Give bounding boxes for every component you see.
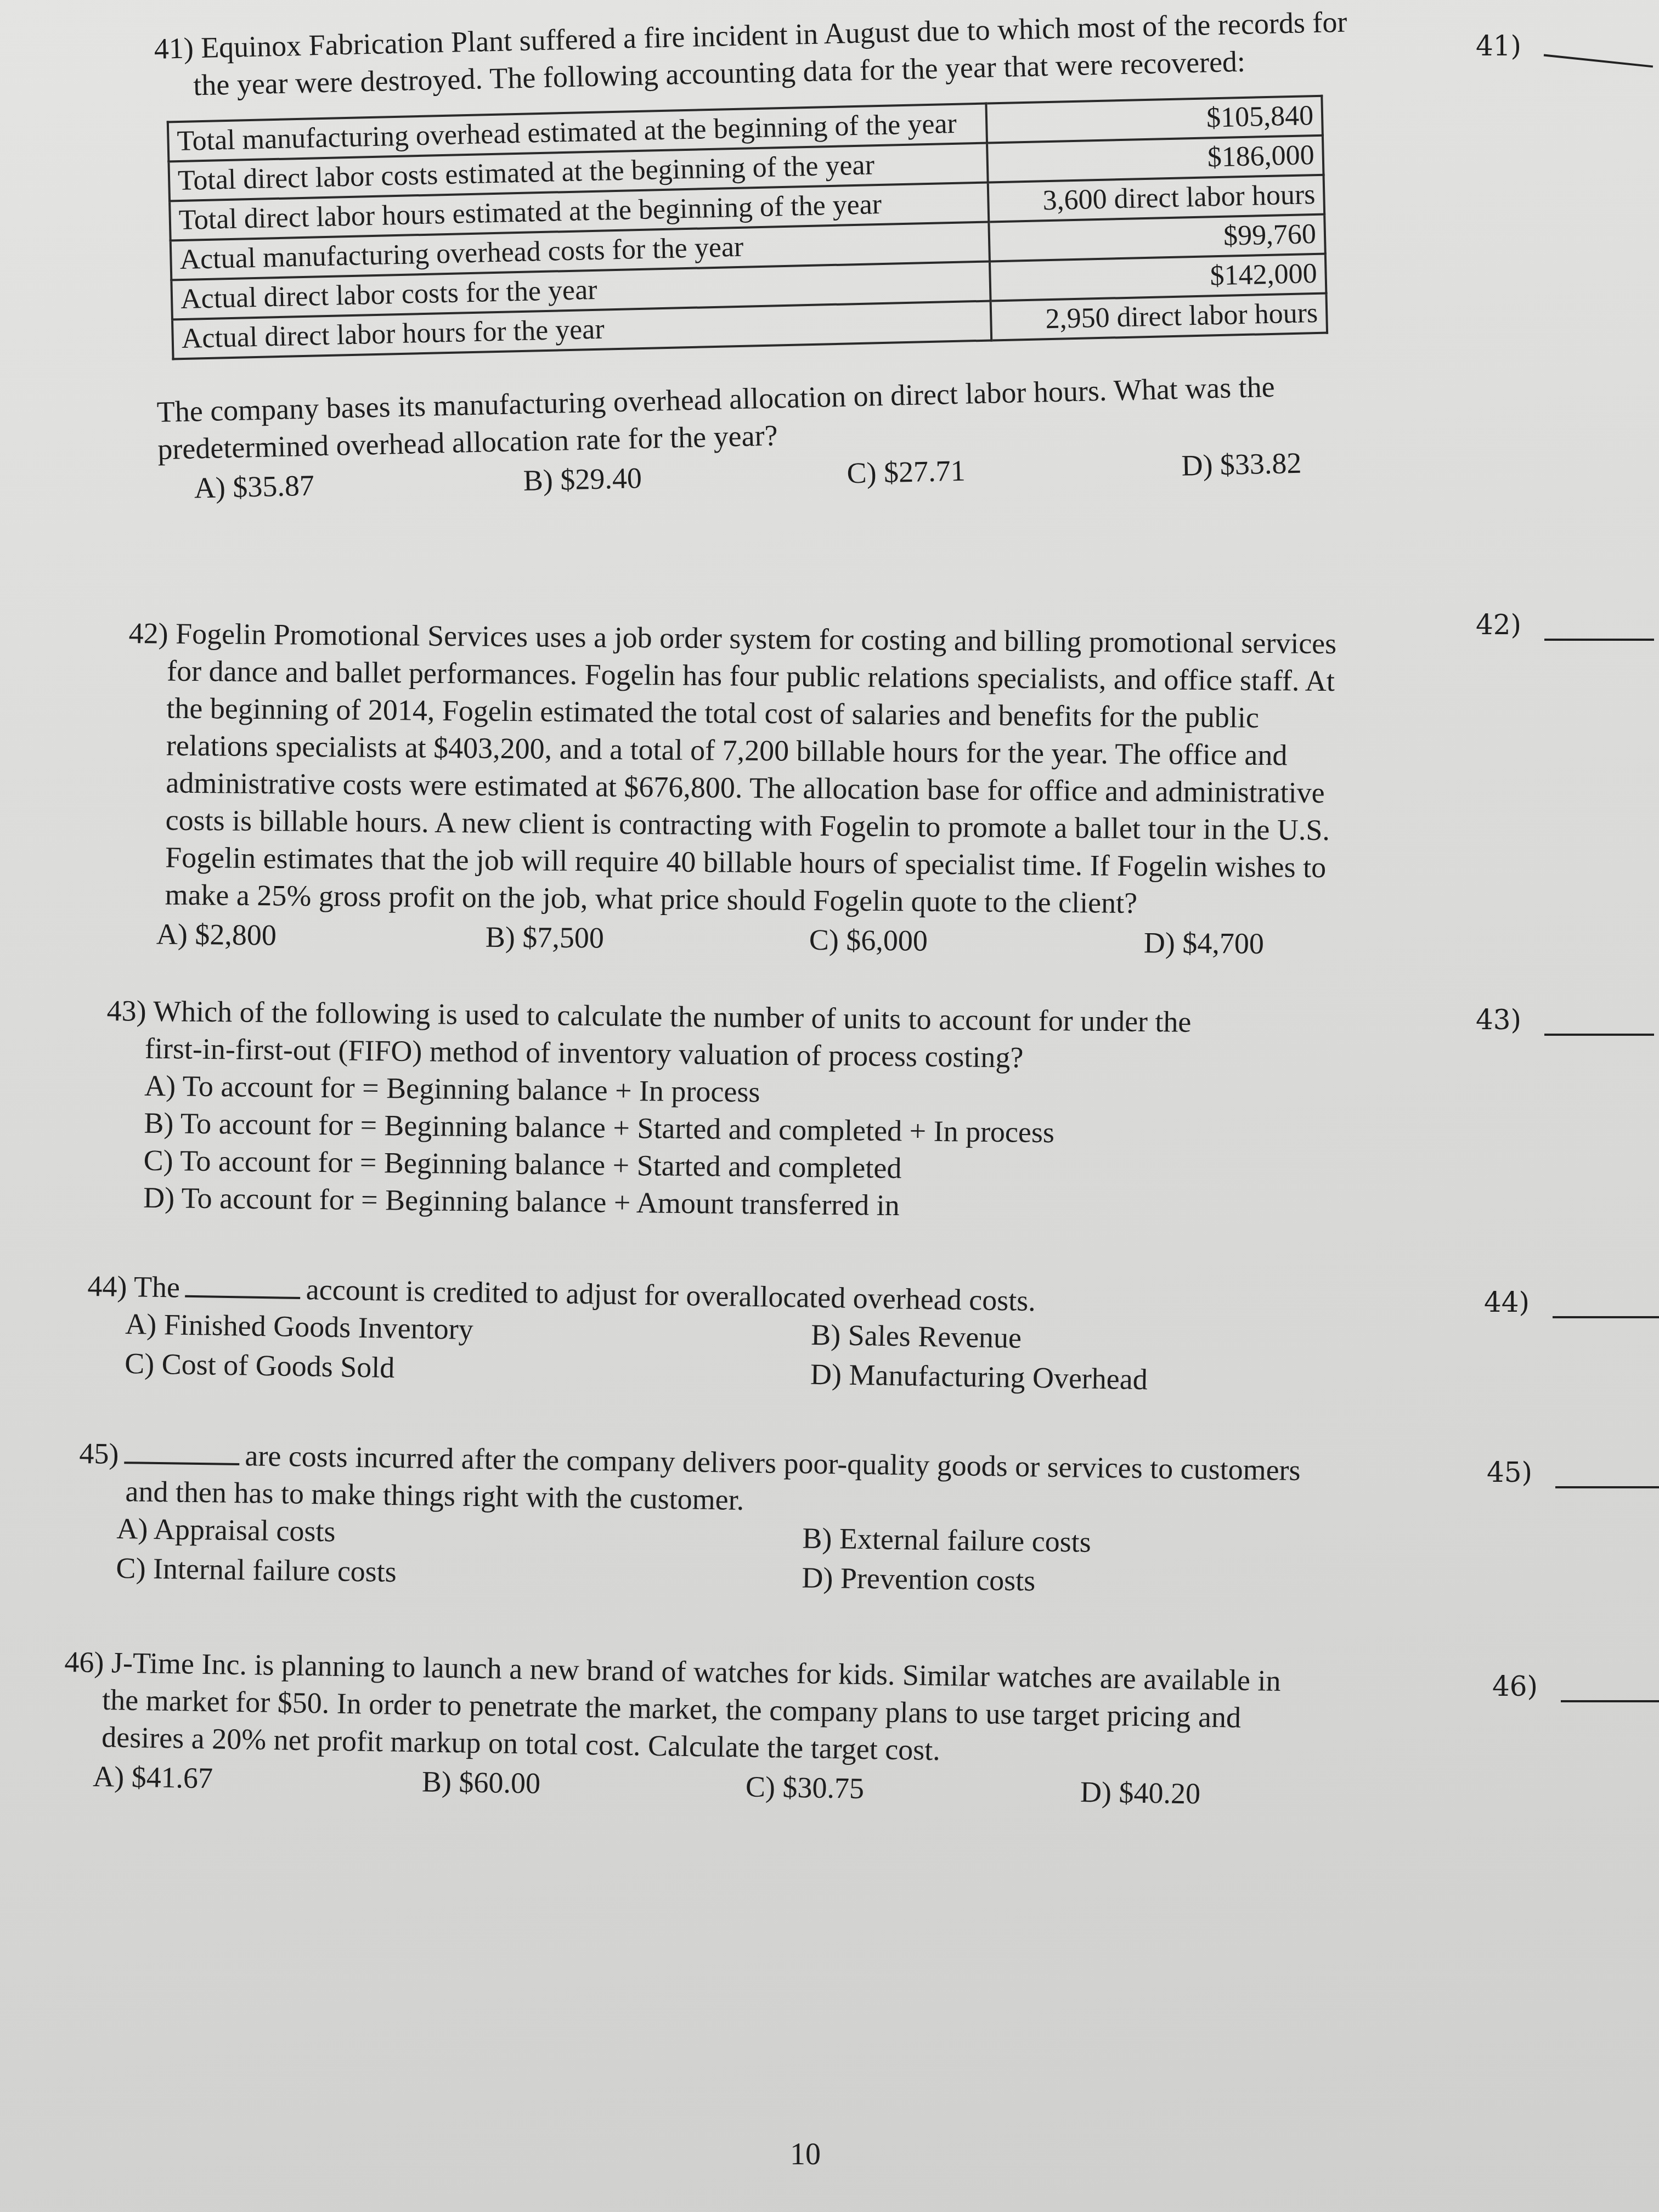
answer-blank-42[interactable]: 42) bbox=[1476, 609, 1654, 641]
answer-blank-label: 41) bbox=[1476, 30, 1521, 62]
choice-c[interactable]: C) Internal failure costs bbox=[116, 1549, 802, 1596]
choice-d[interactable]: D) Manufacturing Overhead bbox=[810, 1356, 1305, 1401]
choice-c[interactable]: C) $6,000 bbox=[809, 921, 1144, 961]
question-41: 41) Equinox Fabrication Plant suffered a… bbox=[154, 2, 1401, 507]
answer-blank-label: 45) bbox=[1487, 1457, 1532, 1488]
question-43-choices: A) To account for = Beginning balance + … bbox=[105, 1066, 1191, 1227]
choice-c[interactable]: C) $30.75 bbox=[746, 1768, 1081, 1811]
table-cell-value: $105,840 bbox=[986, 96, 1322, 143]
answer-blank-43[interactable]: 43) bbox=[1476, 1004, 1654, 1036]
answer-blank-label: 42) bbox=[1476, 609, 1521, 641]
table-cell-value: $142,000 bbox=[990, 254, 1326, 301]
answer-line[interactable] bbox=[1555, 1470, 1659, 1488]
fill-in-blank bbox=[185, 1273, 301, 1299]
page-number: 10 bbox=[790, 2137, 821, 2172]
table-cell-value: $186,000 bbox=[987, 136, 1323, 183]
choice-d[interactable]: D) $40.20 bbox=[1080, 1773, 1300, 1814]
choice-a[interactable]: A) $2,800 bbox=[156, 915, 486, 955]
answer-blank-label: 46) bbox=[1492, 1671, 1538, 1702]
question-45-prefix: 45) bbox=[79, 1437, 119, 1470]
fill-in-blank bbox=[124, 1440, 240, 1465]
answer-line[interactable] bbox=[1544, 38, 1655, 68]
question-45: 45)are costs incurred after the company … bbox=[77, 1435, 1301, 1603]
answer-blank-45[interactable]: 45) bbox=[1487, 1457, 1659, 1488]
choice-b[interactable]: B) $60.00 bbox=[422, 1763, 746, 1805]
choice-b[interactable]: B) External failure costs bbox=[802, 1519, 1296, 1564]
exam-page: 41) Equinox Fabrication Plant suffered a… bbox=[0, 0, 1659, 2212]
question-42-choices: A) $2,800 B) $7,500 C) $6,000 D) $4,700 bbox=[126, 915, 1364, 963]
choice-b[interactable]: B) Sales Revenue bbox=[811, 1316, 1305, 1361]
question-41-intro: 41) Equinox Fabrication Plant suffered a… bbox=[154, 2, 1392, 105]
question-42: 42) Fogelin Promotional Services uses a … bbox=[126, 614, 1366, 963]
question-46-text: 46) J-Time Inc. is planning to launch a … bbox=[63, 1643, 1302, 1774]
answer-blank-label: 44) bbox=[1484, 1286, 1530, 1318]
choice-d[interactable]: D) Prevention costs bbox=[802, 1559, 1296, 1603]
question-43-text: 43) Which of the following is used to ca… bbox=[106, 992, 1192, 1078]
choice-d[interactable]: D) $4,700 bbox=[1144, 924, 1364, 963]
choice-b[interactable]: B) $7,500 bbox=[486, 918, 810, 958]
answer-line[interactable] bbox=[1553, 1300, 1659, 1318]
question-44: 44) Theaccount is credited to adjust for… bbox=[86, 1267, 1306, 1401]
answer-blank-label: 43) bbox=[1476, 1004, 1521, 1036]
question-43: 43) Which of the following is used to ca… bbox=[105, 992, 1192, 1227]
answer-line[interactable] bbox=[1561, 1684, 1659, 1702]
table-cell-value: $99,760 bbox=[989, 215, 1325, 262]
choice-c[interactable]: C) $27.71 bbox=[847, 447, 1182, 492]
answer-line[interactable] bbox=[1544, 622, 1654, 641]
choice-d[interactable]: D) $33.82 bbox=[1181, 442, 1401, 484]
accounting-data-table: Total manufacturing overhead estimated a… bbox=[167, 95, 1328, 360]
table-cell-value: 3,600 direct labor hours bbox=[988, 175, 1324, 222]
question-42-text: 42) Fogelin Promotional Services uses a … bbox=[126, 614, 1366, 924]
answer-blank-44[interactable]: 44) bbox=[1484, 1286, 1659, 1318]
choice-b[interactable]: B) $29.40 bbox=[523, 455, 847, 499]
choice-a[interactable]: A) $35.87 bbox=[194, 462, 523, 507]
table-cell-value: 2,950 direct labor hours bbox=[991, 294, 1327, 341]
question-44-prefix: 44) The bbox=[87, 1269, 180, 1304]
answer-line[interactable] bbox=[1544, 1017, 1654, 1036]
question-46: 46) J-Time Inc. is planning to launch a … bbox=[63, 1643, 1302, 1814]
answer-blank-41[interactable]: 41) bbox=[1476, 30, 1654, 62]
question-45-choices: A) Appraisal costs B) External failure c… bbox=[77, 1509, 1300, 1603]
answer-blank-46[interactable]: 46) bbox=[1492, 1671, 1659, 1702]
choice-c[interactable]: C) Cost of Goods Sold bbox=[125, 1345, 811, 1393]
choice-a[interactable]: A) $41.67 bbox=[93, 1758, 422, 1800]
